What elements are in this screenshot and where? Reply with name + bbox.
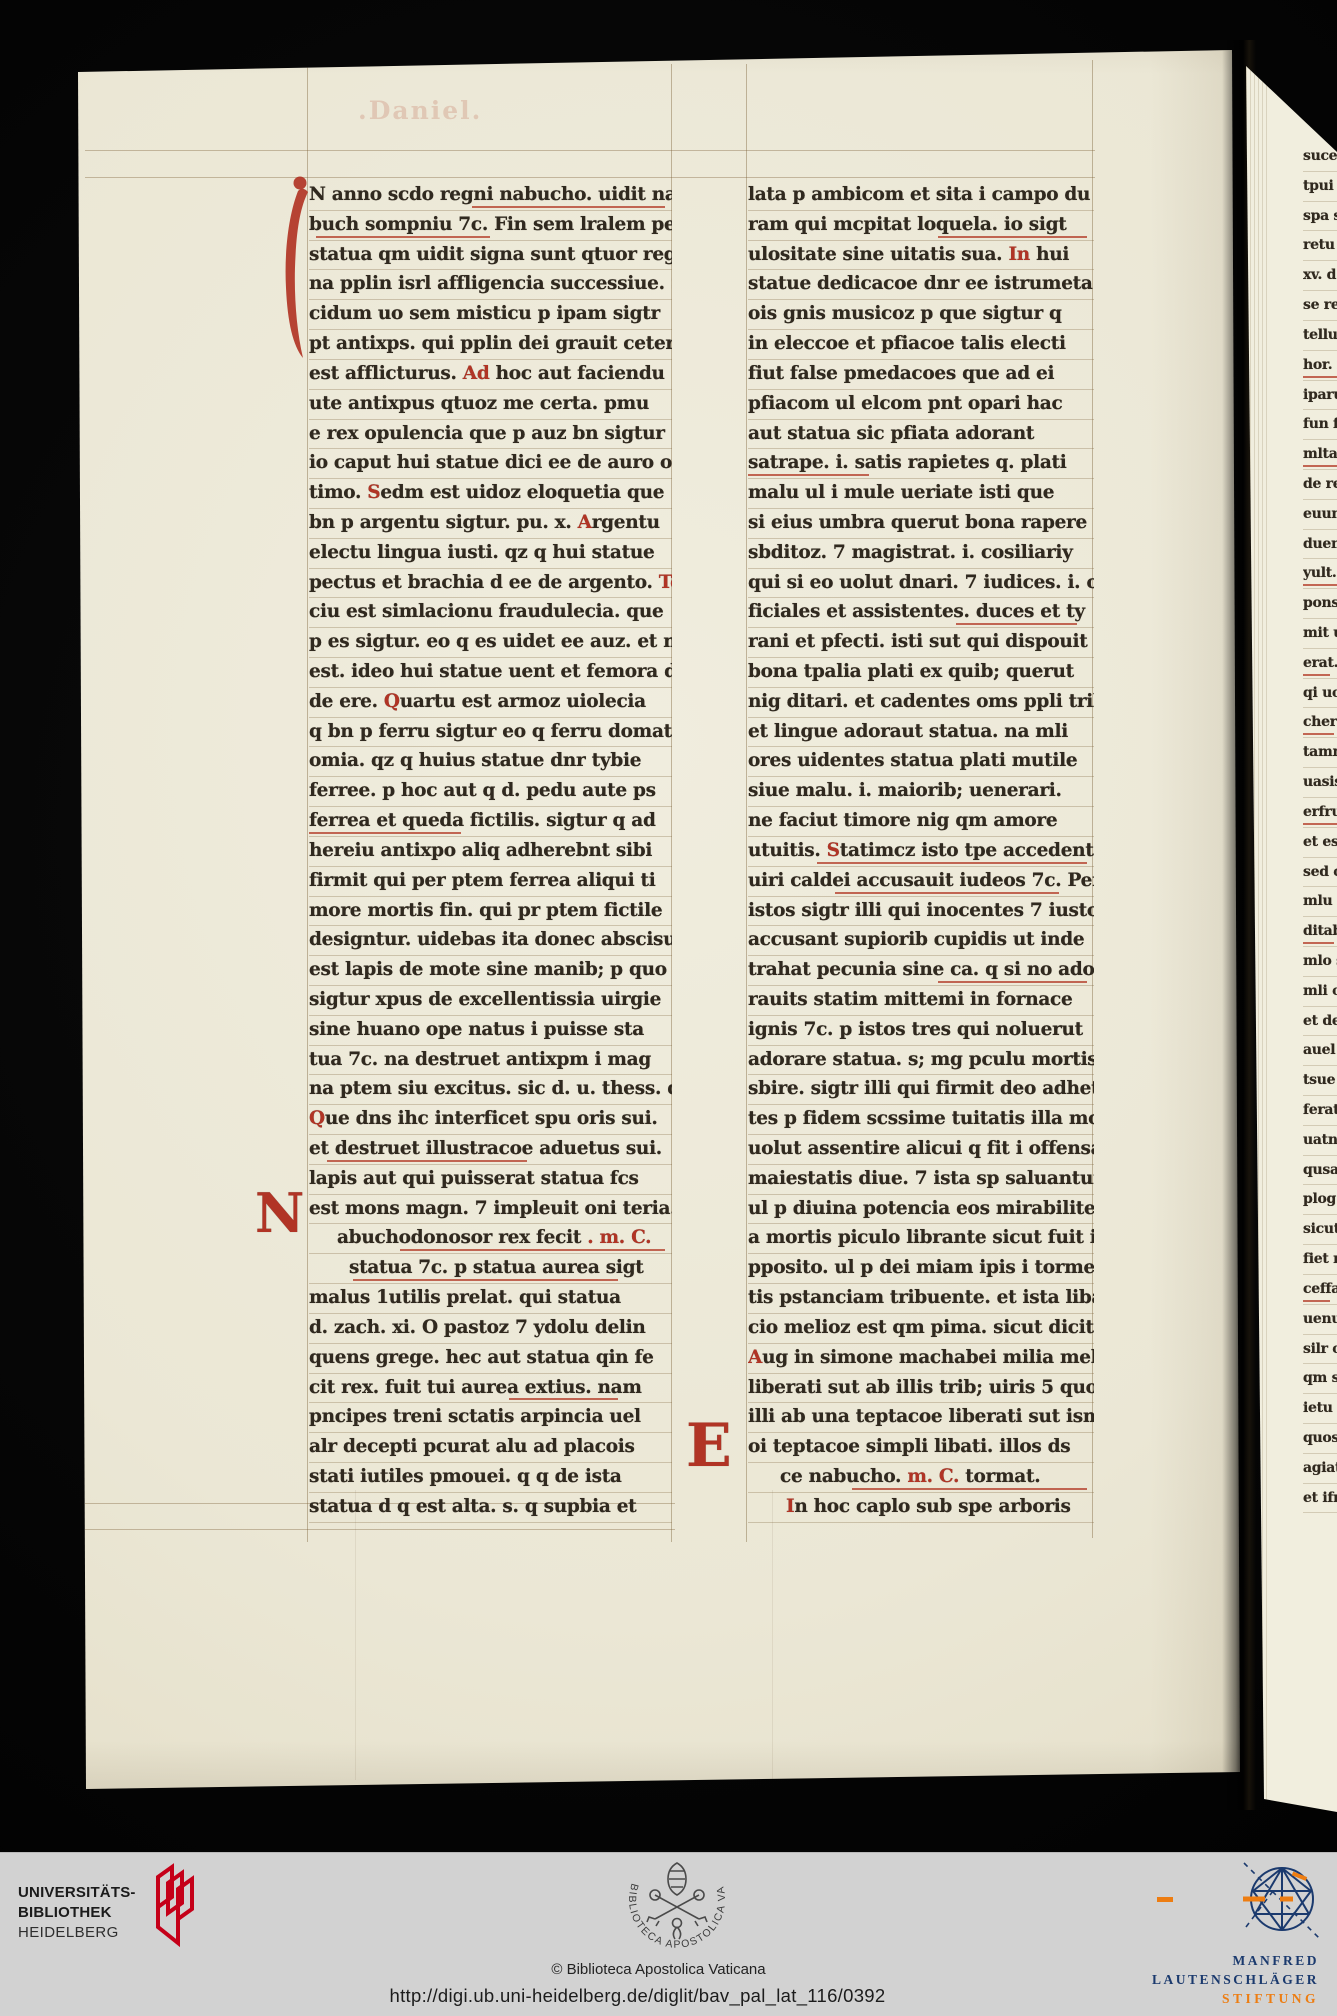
ruling-line (671, 64, 672, 1542)
manuscript-line: tellur (1303, 321, 1337, 351)
ruling-line (1092, 60, 1093, 1538)
manuscript-line: plog (1303, 1185, 1337, 1215)
manuscript-line: est. ideo hui statue uent et femora dnt (309, 658, 672, 688)
manuscript-line: malu ul i mule ueriate isti que (748, 479, 1094, 509)
manuscript-line: omia. qz q huius statue dnr tybie (309, 747, 672, 777)
ub-heidelberg-logo-text: UNIVERSITÄTS- BIBLIOTHEK HEIDELBERG (18, 1883, 136, 1943)
manuscript-line: tpui lr (1303, 172, 1337, 202)
text-column-right: lata p ambicom et sita i campo duram qui… (748, 181, 1094, 1523)
manuscript-line: q bn p ferru sigtur eo q ferru domat (309, 718, 672, 748)
parchment-fold (355, 1490, 356, 1780)
manuscript-line: ul p diuina potencia eos mirabiliter (748, 1195, 1094, 1225)
manuscript-line: utuitis. Statimcz isto tpe accedentes (748, 837, 1094, 867)
ruling-line (85, 1529, 675, 1530)
manuscript-line: ponse (1303, 589, 1337, 619)
manuscript-line: in eleccoe et pfiacoe talis electi (748, 330, 1094, 360)
manuscript-line: uatn (1303, 1126, 1337, 1156)
manuscript-line: ferat (1303, 1096, 1337, 1126)
manuscript-line: et dee (1303, 1007, 1337, 1037)
mls-line1: MANFRED (1152, 1951, 1319, 1970)
manuscript-line: sed o (1303, 858, 1337, 888)
manuscript-line: quens grege. hec aut statua qin fe (309, 1344, 672, 1374)
mls-line2: LAUTENSCHLÄGER (1152, 1970, 1319, 1989)
red-underline (509, 1398, 618, 1400)
manuscript-line: In hoc caplo sub spe arboris (748, 1493, 1094, 1523)
manuscript-line: pposito. ul p dei miam ipis i tormen (748, 1254, 1094, 1284)
manuscript-line: qm su (1303, 1364, 1337, 1394)
ruling-line (85, 177, 1095, 178)
manuscript-line: pectus et brachia d ee de argento. Ter (309, 569, 672, 599)
ruling-line (85, 1503, 675, 1504)
red-underline (1303, 942, 1334, 944)
manuscript-line: ferrea et queda fictilis. sigtur q ad (309, 807, 672, 837)
manuscript-line: ficiales et assistentes. duces et ty (748, 598, 1094, 628)
manuscript-line: malus 1utilis prelat. qui statua (309, 1284, 672, 1314)
manuscript-line: tua 7c. na destruet antixpm i mag (309, 1046, 672, 1076)
manuscript-line: liberati sut ab illis trib; uiris 5 quos (748, 1374, 1094, 1404)
manuscript-line: ditab (1303, 917, 1337, 947)
manuscript-line: firmit qui per ptem ferrea aliqui ti (309, 867, 672, 897)
red-underline (817, 862, 1087, 864)
parchment-fold (772, 1490, 773, 1780)
manuscript-line: aut statua sic pfiata adorant (748, 420, 1094, 450)
manuscript-line: est mons magn. 7 impleuit oni teria. (309, 1195, 672, 1225)
manuscript-line: N anno scdo regni nabucho. uidit na (309, 181, 672, 211)
mls-compass-icon (1236, 1855, 1328, 1947)
manuscript-line: ferree. p hoc aut q d. pedu aute ps (309, 777, 672, 807)
manuscript-line: ores uidentes statua plati mutile (748, 747, 1094, 777)
manuscript-line: rauits statim mittemi in fornace (748, 986, 1094, 1016)
manuscript-line: na pplin isrl affligencia successiue. Se (309, 270, 672, 300)
manuscript-line: cidum uo sem misticu p ipam sigtr (309, 300, 672, 330)
manuscript-line: na ptem siu excitus. sic d. u. thess. q (309, 1075, 672, 1105)
manuscript-photo: .Daniel. N anno scdo regni nabucho. uidi… (0, 0, 1337, 1852)
manuscript-line: uenu (1303, 1305, 1337, 1335)
manuscript-line: fiet n (1303, 1245, 1337, 1275)
manuscript-line: tis pstanciam tribuente. et ista liba (748, 1284, 1094, 1314)
manuscript-line: tsue (1303, 1066, 1337, 1096)
manuscript-line: euune (1303, 500, 1337, 530)
manuscript-line: a mortis piculo librante sicut fuit i (748, 1224, 1094, 1254)
red-underline (956, 623, 1077, 625)
ruling-line (85, 150, 1095, 151)
manuscript-line: mit u (1303, 619, 1337, 649)
manuscript-line: mlta sp (1303, 440, 1337, 470)
svg-text:BIBLIOTECA APOSTOLICA VATICA: BIBLIOTECA APOSTOLICA VATICANA (592, 1857, 728, 1951)
manuscript-line: siue malu. i. maiorib; uenerari. (748, 777, 1094, 807)
manuscript-line: mlo s (1303, 947, 1337, 977)
manuscript-line: ciu est simlacionu fraudulecia. que (309, 598, 672, 628)
manuscript-line: accusant supiorib cupidis ut inde (748, 926, 1094, 956)
manuscript-line: trahat pecunia sine ca. q si no ado (748, 956, 1094, 986)
manuscript-line: pt antixps. qui pplin dei grauit ceteris (309, 330, 672, 360)
manuscript-line: bona tpalia plati ex quib; querut (748, 658, 1094, 688)
manuscript-line: abuchodonosor rex fecit . m. C. (309, 1224, 672, 1254)
manuscript-line: hor. i u (1303, 351, 1337, 381)
manuscript-line: alr decepti pcurat alu ad placois (309, 1433, 672, 1463)
red-underline (472, 206, 664, 208)
manuscript-line: sigtur xpus de excellentissia uirgie (309, 986, 672, 1016)
manuscript-line: retu il (1303, 231, 1337, 261)
ruling-line (307, 64, 308, 1542)
manuscript-line: est lapis de mote sine manib; p quo (309, 956, 672, 986)
manuscript-line: sbire. sigtr illi qui firmit deo adhet (748, 1075, 1094, 1105)
manuscript-line: illi ab una teptacoe liberati sut ismi (748, 1403, 1094, 1433)
mls-logo-text: MANFRED LAUTENSCHLÄGER STIFTUNG (1152, 1951, 1319, 2008)
manuscript-line: silr o (1303, 1335, 1337, 1365)
rubricated-initial-i (281, 176, 313, 364)
red-underline (852, 1488, 1087, 1490)
manuscript-line: ce nabucho. m. C. tormat. (748, 1463, 1094, 1493)
red-underline (1303, 823, 1337, 825)
manuscript-line: cio melioz est qm pima. sicut dicit (748, 1314, 1094, 1344)
manuscript-line: qusa (1303, 1156, 1337, 1186)
manuscript-line: iparut (1303, 381, 1337, 411)
manuscript-line: si eius umbra querut bona rapere (748, 509, 1094, 539)
manuscript-line: timo. Sedm est uidoz eloquetia que (309, 479, 672, 509)
manuscript-line: e rex opulencia que p auz bn sigtur (309, 420, 672, 450)
text-column-left: N anno scdo regni nabucho. uidit nabuch … (309, 181, 672, 1523)
red-underline (353, 1279, 618, 1281)
manuscript-line: uiri caldei accusauit iudeos 7c. Per (748, 867, 1094, 897)
manuscript-line: tes p fidem scssime tuitatis illa mo (748, 1105, 1094, 1135)
manuscript-line: erat. p (1303, 649, 1337, 679)
manuscript-line: mli o (1303, 977, 1337, 1007)
manuscript-line: sucense (1303, 142, 1337, 172)
manuscript-line: ram qui mcpitat loquela. io sigt (748, 211, 1094, 241)
manuscript-line: ulositate sine uitatis sua. In hui (748, 241, 1094, 271)
manuscript-line: statue dedicacoe dnr ee istrumeta (748, 270, 1094, 300)
red-underline (327, 1160, 527, 1162)
footer-bar: UNIVERSITÄTS- BIBLIOTHEK HEIDELBERG BIBL… (0, 1852, 1337, 2016)
manuscript-line: fun fur (1303, 410, 1337, 440)
manuscript-line: ne faciut timore nig qm amore (748, 807, 1094, 837)
manuscript-line: buch sompniu 7c. Fin sem lralem per (309, 211, 672, 241)
manuscript-line: more mortis fin. qui pr ptem fictile (309, 897, 672, 927)
manuscript-line: spa sua (1303, 202, 1337, 232)
manuscript-line: ute antixpus qtuoz me certa. pmu (309, 390, 672, 420)
manuscript-line: agiat (1303, 1454, 1337, 1484)
manuscript-line: se regt (1303, 291, 1337, 321)
manuscript-line: pncipes treni sctatis arpincia uel (309, 1403, 672, 1433)
manuscript-line: oi teptacoe simpli libati. illos ds (748, 1433, 1094, 1463)
red-underline (835, 892, 1060, 894)
manuscript-line: et ifra (1303, 1484, 1337, 1514)
red-underline (938, 981, 1087, 983)
red-underline (748, 474, 869, 476)
red-underline (1303, 584, 1337, 586)
manuscript-line: designtur. uidebas ita donec abscisus (309, 926, 672, 956)
manuscript-line: de reud (1303, 470, 1337, 500)
manuscript-line: ceffa (1303, 1275, 1337, 1305)
manuscript-line: lapis aut qui puisserat statua fcs (309, 1165, 672, 1195)
manuscript-line: est afflicturus. Ad hoc aut faciendu (309, 360, 672, 390)
manuscript-line: uolut assentire alicui q fit i offensa (748, 1135, 1094, 1165)
manuscript-line: qui si eo uolut dnari. 7 iudices. i. of (748, 569, 1094, 599)
manuscript-line: rani et pfecti. isti sut qui dispouit (748, 628, 1094, 658)
manuscript-line: sbditoz. 7 magistrat. i. cosiliariy (748, 539, 1094, 569)
manuscript-line: yult. e (1303, 559, 1337, 589)
mls-line3: STIFTUNG (1152, 1989, 1319, 2008)
rubricated-initial-n: N (255, 1186, 304, 1240)
manuscript-line: qi uoti (1303, 679, 1337, 709)
manuscript-line: ietu p (1303, 1394, 1337, 1424)
ub-line3: HEIDELBERG (18, 1923, 136, 1943)
next-page-text-strip: sucensetpui lrspa suaretu ilxv. d. sse r… (1303, 142, 1337, 1513)
manuscript-line: et esca (1303, 828, 1337, 858)
red-underline (316, 236, 490, 238)
manuscript-line: statua qm uidit signa sunt qtuor reg (309, 241, 672, 271)
manuscript-line: xv. d. s (1303, 261, 1337, 291)
source-url: http://digi.ub.uni-heidelberg.de/diglit/… (0, 1985, 1306, 2007)
running-title: .Daniel. (358, 96, 482, 125)
manuscript-line: adorare statua. s; mg pculu mortis (748, 1046, 1094, 1076)
manuscript-line: tamn (1303, 738, 1337, 768)
manuscript-line: bn p argentu sigtur. pu. x. Argentu (309, 509, 672, 539)
manuscript-line: sine huano ope natus i puisse sta (309, 1016, 672, 1046)
manuscript-line: fiut false pmedacoes que ad ei (748, 360, 1094, 390)
manuscript-line: quos (1303, 1424, 1337, 1454)
red-underline (309, 832, 461, 834)
red-underline (1303, 674, 1330, 676)
manuscript-line: pfiacom ul elcom pnt opari hac (748, 390, 1094, 420)
manuscript-line: ignis 7c. p istos tres qui noluerut (748, 1016, 1094, 1046)
manuscript-line: p es sigtur. eo q es uidet ee auz. et no (309, 628, 672, 658)
ub-heidelberg-book-icon (142, 1863, 200, 1949)
manuscript-line: statua d q est alta. s. q supbia et (309, 1493, 672, 1523)
manuscript-line: hereiu antixpo aliq adherebnt sibi (309, 837, 672, 867)
manuscript-line: electu lingua iusti. qz q hui statue (309, 539, 672, 569)
manuscript-line: auel (1303, 1036, 1337, 1066)
manuscript-line: ois gnis musicoz p que sigtur q (748, 300, 1094, 330)
manuscript-line: statua 7c. p statua aurea sigt (309, 1254, 672, 1284)
vatican-arc-text: BIBLIOTECA APOSTOLICA VATICANA (592, 1857, 728, 1951)
manuscript-line: satrape. i. satis rapietes q. plati (748, 449, 1094, 479)
manuscript-line: stati iutiles pmouei. q q de ista (309, 1463, 672, 1493)
manuscript-line: uasis (1303, 768, 1337, 798)
mls-orange-dash (1157, 1897, 1173, 1902)
manuscript-line: et lingue adoraut statua. na mli (748, 718, 1094, 748)
ub-line1: UNIVERSITÄTS- (18, 1883, 136, 1903)
red-underline (1303, 376, 1337, 378)
red-underline (938, 236, 1087, 238)
red-underline (1303, 465, 1337, 467)
copyright-line: © Biblioteca Apostolica Vaticana (0, 1961, 1327, 1978)
manuscript-line: mlu i (1303, 887, 1337, 917)
manuscript-line: Aug in simone machabei milia meli (748, 1344, 1094, 1374)
ruling-line (746, 64, 747, 1542)
manuscript-line: cit rex. fuit tui aurea extius. nam (309, 1374, 672, 1404)
manuscript-line: cheru (1303, 708, 1337, 738)
manuscript-line: istos sigtr illi qui inocentes 7 iustos (748, 897, 1094, 927)
ub-line2: BIBLIOTHEK (18, 1903, 136, 1923)
manuscript-line: io caput hui statue dici ee de auro op (309, 449, 672, 479)
manuscript-line: et destruet illustracoe aduetus sui. (309, 1135, 672, 1165)
red-underline (400, 1249, 665, 1251)
manuscript-line: duena (1303, 530, 1337, 560)
red-underline (1303, 733, 1334, 735)
manuscript-line: de ere. Quartu est armoz uiolecia (309, 688, 672, 718)
manuscript-line: erfru (1303, 798, 1337, 828)
manuscript-line: Que dns ihc interficet spu oris sui. (309, 1105, 672, 1135)
vatican-library-seal: BIBLIOTECA APOSTOLICA VATICANA (592, 1857, 762, 1965)
manuscript-line: sicut (1303, 1215, 1337, 1245)
rubricated-initial-e: E (686, 1416, 731, 1476)
manuscript-line: maiestatis diue. 7 ista sp saluantur. (748, 1165, 1094, 1195)
manuscript-line: d. zach. xi. O pastoz 7 ydolu delin (309, 1314, 672, 1344)
manuscript-line: lata p ambicom et sita i campo du (748, 181, 1094, 211)
manuscript-line: nig ditari. et cadentes oms ppli trib (748, 688, 1094, 718)
red-underline (1303, 1300, 1330, 1302)
manuscript-page: .Daniel. N anno scdo regni nabucho. uidi… (0, 0, 1337, 1852)
